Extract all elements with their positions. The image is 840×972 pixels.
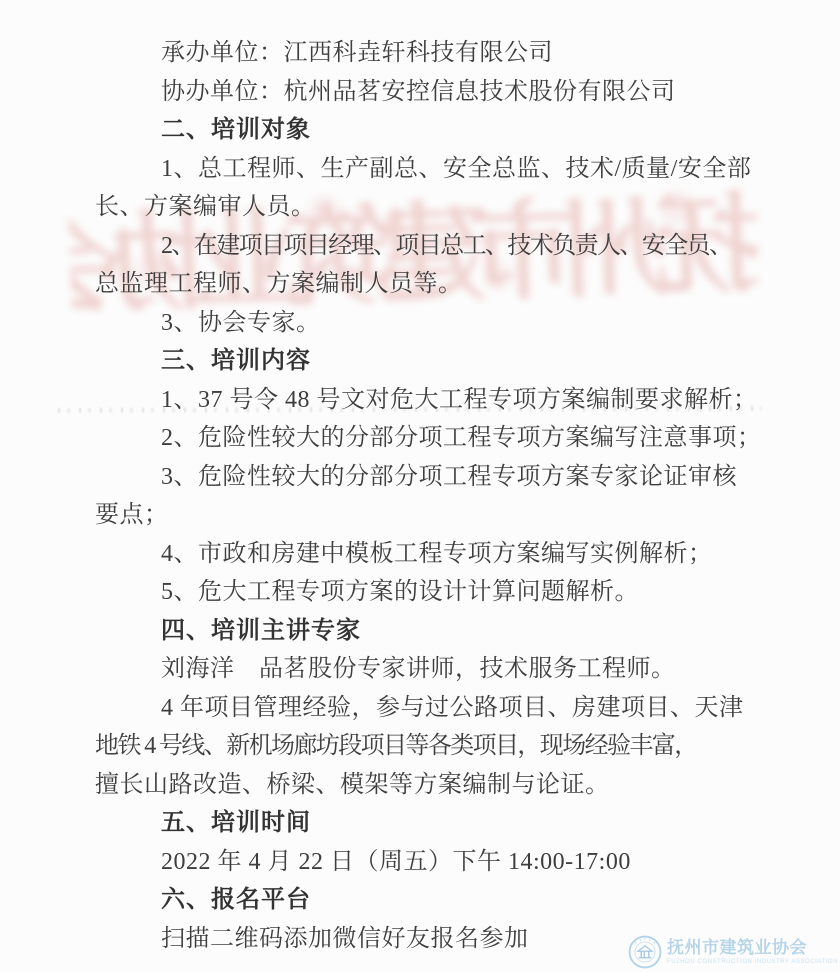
doc-line: 地铁 4 号线、新机场廊坊段项目等各类项目，现场经验丰富， — [95, 727, 785, 766]
section-heading: 六、报名平台 — [95, 881, 785, 920]
doc-line: 3、协会专家。 — [95, 304, 785, 343]
document-body: 承办单位：江西科垚轩科技有限公司协办单位：杭州品茗安控信息技术股份有限公司二、培… — [95, 34, 785, 958]
section-heading: 三、培训内容 — [95, 342, 785, 381]
doc-line: 1、总工程师、生产副总、安全总监、技术/质量/安全部 — [95, 150, 785, 189]
doc-line: 长、方案编审人员。 — [95, 188, 785, 227]
section-heading: 五、培训时间 — [95, 804, 785, 843]
association-emblem-icon — [628, 935, 662, 969]
association-name-en: FUZHOU CONSTRUCTION INDUSTRY ASSOCIATION — [667, 958, 838, 966]
doc-line: 总监理工程师、方案编制人员等。 — [95, 265, 785, 304]
association-watermark-logo: 抚州市建筑业协会 FUZHOU CONSTRUCTION INDUSTRY AS… — [628, 935, 838, 969]
association-name-cn: 抚州市建筑业协会 — [667, 939, 838, 957]
doc-line: 承办单位：江西科垚轩科技有限公司 — [95, 34, 785, 73]
association-logo-text: 抚州市建筑业协会 FUZHOU CONSTRUCTION INDUSTRY AS… — [667, 939, 838, 966]
doc-line: 4、市政和房建中模板工程专项方案编写实例解析； — [95, 535, 785, 574]
doc-line: 5、危大工程专项方案的设计计算问题解析。 — [95, 573, 785, 612]
doc-line: 1、37 号令 48 号文对危大工程专项方案编制要求解析； — [95, 381, 785, 420]
doc-line: 2、危险性较大的分部分项工程专项方案编写注意事项； — [95, 419, 785, 458]
doc-line: 刘海洋 品茗股份专家讲师，技术服务工程师。 — [95, 650, 785, 689]
doc-line: 2022 年 4 月 22 日（周五）下午 14:00-17:00 — [95, 843, 785, 882]
doc-line: 3、危险性较大的分部分项工程专项方案专家论证审核 — [95, 458, 785, 497]
section-heading: 二、培训对象 — [95, 111, 785, 150]
doc-line: 协办单位：杭州品茗安控信息技术股份有限公司 — [95, 73, 785, 112]
section-heading: 四、培训主讲专家 — [95, 612, 785, 651]
doc-line: 2、在建项目项目经理、项目总工、技术负责人、安全员、 — [95, 227, 785, 266]
doc-line: 擅长山路改造、桥梁、模架等方案编制与论证。 — [95, 766, 785, 805]
scanned-document-page: 抚州市建筑业协会 承办单位：江西科垚轩科技有限公司协办单位：杭州品茗安控信息技术… — [0, 0, 840, 972]
doc-line: 要点； — [95, 496, 785, 535]
doc-line: 4 年项目管理经验，参与过公路项目、房建项目、天津 — [95, 689, 785, 728]
